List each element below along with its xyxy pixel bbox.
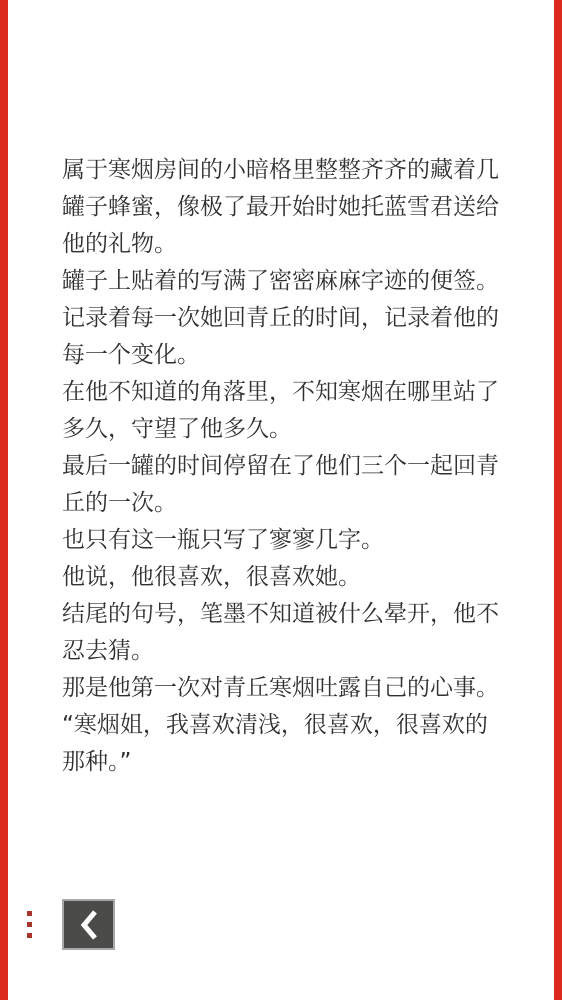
reader-page: 属于寒烟房间的小暗格里整整齐齐的藏着几 罐子蜂蜜，像极了最开始时她托蓝雪君送给 … xyxy=(0,0,562,1000)
text-line: 他的礼物。 xyxy=(62,226,507,263)
text-line: 每一个变化。 xyxy=(62,337,507,374)
red-dot-icon xyxy=(27,911,32,916)
text-line: 罐子蜂蜜，像极了最开始时她托蓝雪君送给 xyxy=(62,189,507,226)
chevron-left-icon xyxy=(80,909,98,941)
page-edge-left-bar xyxy=(0,0,8,1000)
text-line: 也只有这一瓶只写了寥寥几字。 xyxy=(62,522,507,559)
text-line: “寒烟姐，我喜欢清浅，很喜欢，很喜欢的 xyxy=(62,707,507,744)
text-line: 属于寒烟房间的小暗格里整整齐齐的藏着几 xyxy=(62,152,507,189)
red-dot-icon xyxy=(27,933,32,938)
red-dot-icon xyxy=(27,922,32,927)
page-edge-right-bar xyxy=(554,0,562,1000)
text-line: 结尾的句号，笔墨不知道被什么晕开，他不 xyxy=(62,596,507,633)
text-line: 最后一罐的时间停留在了他们三个一起回青 xyxy=(62,448,507,485)
chapter-text: 属于寒烟房间的小暗格里整整齐齐的藏着几 罐子蜂蜜，像极了最开始时她托蓝雪君送给 … xyxy=(62,152,507,781)
text-line: 那是他第一次对青丘寒烟吐露自己的心事。 xyxy=(62,670,507,707)
more-options-dots[interactable] xyxy=(27,911,32,938)
text-line: 记录着每一次她回青丘的时间，记录着他的 xyxy=(62,300,507,337)
text-line: 丘的一次。 xyxy=(62,485,507,522)
text-line: 忍去猜。 xyxy=(62,633,507,670)
text-line: 罐子上贴着的写满了密密麻麻字迹的便签。 xyxy=(62,263,507,300)
text-line: 那种。” xyxy=(62,744,507,781)
text-line: 多久，守望了他多久。 xyxy=(62,411,507,448)
text-line: 在他不知道的角落里，不知寒烟在哪里站了 xyxy=(62,374,507,411)
text-line: 他说，他很喜欢，很喜欢她。 xyxy=(62,559,507,596)
back-button[interactable] xyxy=(62,899,115,950)
